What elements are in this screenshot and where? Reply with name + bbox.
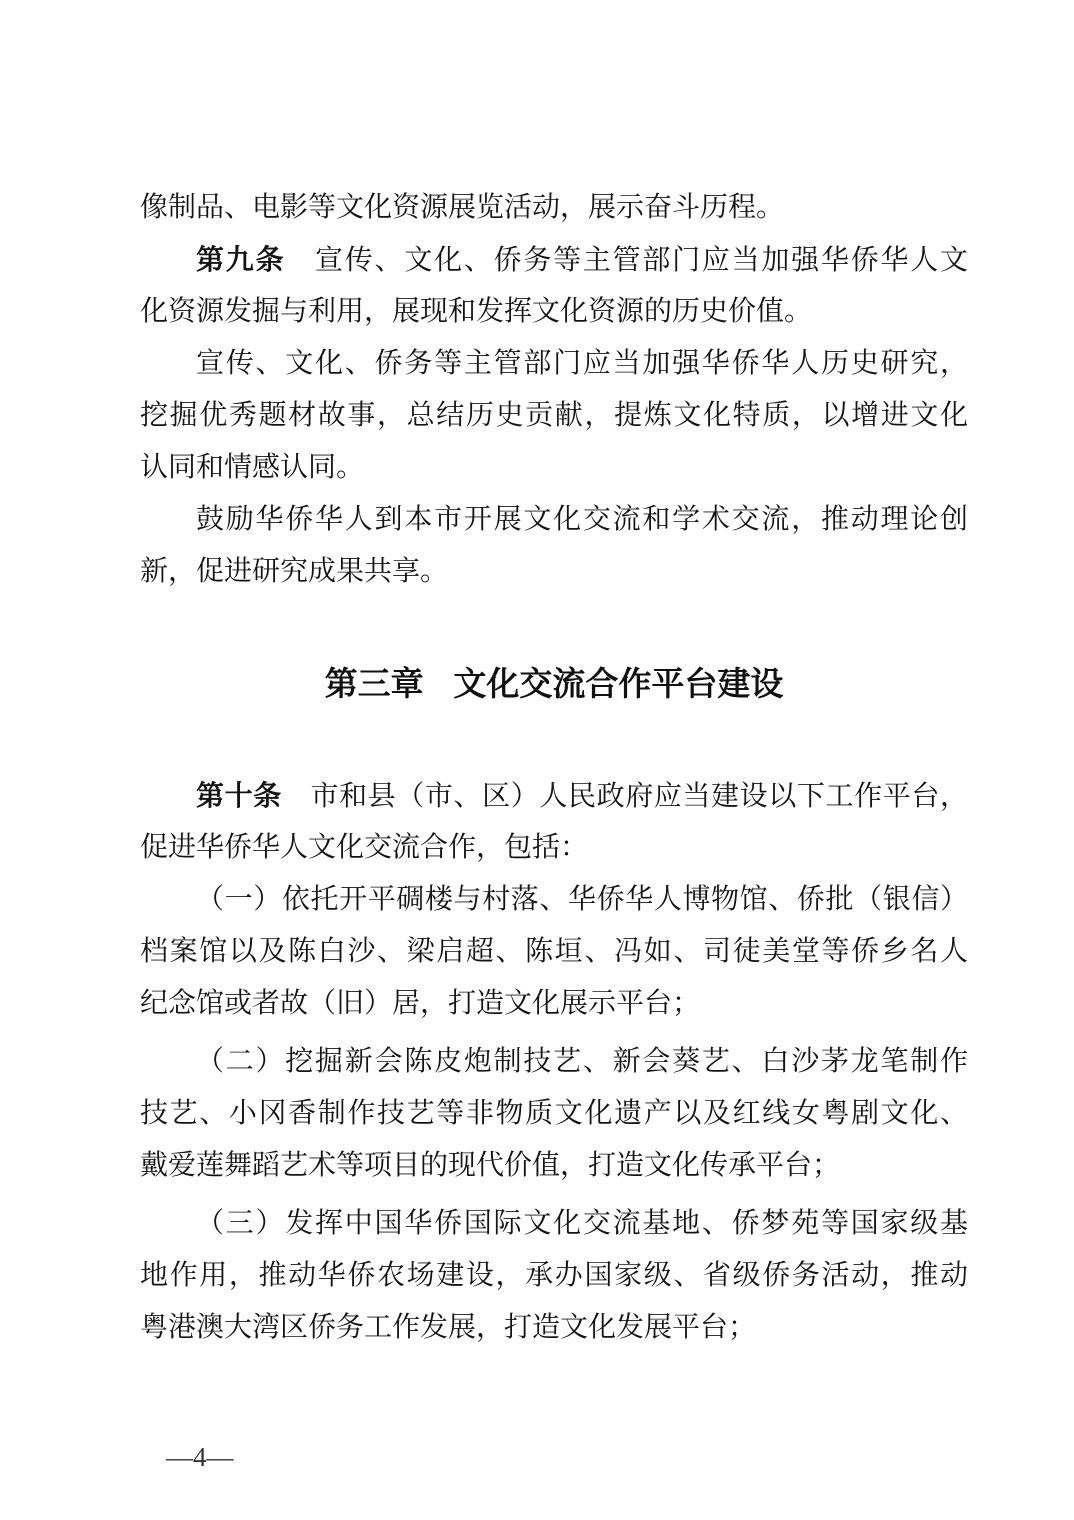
- body-line: 挖掘优秀题材故事，总结历史贡献，提炼文化特质，以增进文化: [140, 390, 968, 442]
- chapter-number: 第三章: [325, 665, 424, 702]
- body-line-text: 地作用，推动华侨农场建设，承办国家级、省级侨务活动，推动: [140, 1260, 968, 1291]
- body-line-text: 促进华侨华人文化交流合作，包括：: [140, 832, 588, 863]
- body-line-text: 档案馆以及陈白沙、梁启超、陈垣、冯如、司徒美堂等侨乡名人: [140, 936, 968, 967]
- list-item-2-line: （二）挖掘新会陈皮炮制技艺、新会葵艺、白沙茅龙笔制作: [140, 1036, 968, 1088]
- body-line-text: 戴爱莲舞蹈艺术等项目的现代价值，打造文化传承平台；: [140, 1150, 840, 1181]
- body-line-text: （三）发挥中国华侨国际文化交流基地、侨梦苑等国家级基: [196, 1208, 968, 1239]
- body-line-text: 市和县（市、区）人民政府应当建设以下工作平台，: [282, 781, 968, 812]
- body-line-text: 纪念馆或者故（旧）居，打造文化展示平台；: [140, 988, 700, 1019]
- body-line-text: 鼓励华侨华人到本市开展文化交流和学术交流，推动理论创: [196, 504, 968, 535]
- list-item-1-line: 档案馆以及陈白沙、梁启超、陈垣、冯如、司徒美堂等侨乡名人: [140, 926, 968, 978]
- list-item-1-line: 纪念馆或者故（旧）居，打造文化展示平台；: [140, 978, 968, 1030]
- body-line-text: 宣传、文化、侨务等主管部门应当加强华侨华人文: [285, 245, 968, 276]
- chapter-title: 文化交流合作平台建设: [453, 665, 783, 702]
- document-page: 像制品、电影等文化资源展览活动，展示奋斗历程。 第九条 宣传、文化、侨务等主管部…: [0, 0, 1074, 1520]
- list-item-3-line: 粤港澳大湾区侨务工作发展，打造文化发展平台；: [140, 1302, 968, 1354]
- body-line-text: （二）挖掘新会陈皮炮制技艺、新会葵艺、白沙茅龙笔制作: [196, 1046, 968, 1077]
- body-line-text: 挖掘优秀题材故事，总结历史贡献，提炼文化特质，以增进文化: [140, 400, 968, 431]
- body-line-text: 新，促进研究成果共享。: [140, 556, 448, 587]
- body-line: 宣传、文化、侨务等主管部门应当加强华侨华人历史研究，: [140, 338, 968, 390]
- body-line-text: （一）依托开平碉楼与村落、华侨华人博物馆、侨批（银信）: [196, 884, 968, 915]
- body-line-text: 认同和情感认同。: [140, 452, 364, 483]
- list-item-3-line: 地作用，推动华侨农场建设，承办国家级、省级侨务活动，推动: [140, 1250, 968, 1302]
- body-line: 像制品、电影等文化资源展览活动，展示奋斗历程。: [140, 182, 968, 234]
- list-item-1-line: （一）依托开平碉楼与村落、华侨华人博物馆、侨批（银信）: [140, 874, 968, 926]
- body-line-article-9: 第九条 宣传、文化、侨务等主管部门应当加强华侨华人文: [140, 234, 968, 286]
- body-line-article-10: 第十条 市和县（市、区）人民政府应当建设以下工作平台，: [140, 770, 968, 822]
- article-label: 第十条: [196, 780, 282, 811]
- body-line-text: 像制品、电影等文化资源展览活动，展示奋斗历程。: [140, 192, 784, 223]
- list-item-2-line: 戴爱莲舞蹈艺术等项目的现代价值，打造文化传承平台；: [140, 1140, 968, 1192]
- body-line-text: 宣传、文化、侨务等主管部门应当加强华侨华人历史研究，: [196, 348, 968, 379]
- body-line-text: 化资源发掘与利用，展现和发挥文化资源的历史价值。: [140, 296, 812, 327]
- list-item-2-line: 技艺、小冈香制作技艺等非物质文化遗产以及红线女粤剧文化、: [140, 1088, 968, 1140]
- document-body: 像制品、电影等文化资源展览活动，展示奋斗历程。 第九条 宣传、文化、侨务等主管部…: [140, 182, 968, 1354]
- body-line: 促进华侨华人文化交流合作，包括：: [140, 822, 968, 874]
- list-item-3-line: （三）发挥中国华侨国际文化交流基地、侨梦苑等国家级基: [140, 1198, 968, 1250]
- body-line: 认同和情感认同。: [140, 442, 968, 494]
- body-line: 新，促进研究成果共享。: [140, 546, 968, 598]
- page-number: —4—: [166, 1442, 234, 1472]
- body-line-text: 技艺、小冈香制作技艺等非物质文化遗产以及红线女粤剧文化、: [140, 1098, 968, 1129]
- chapter-heading: 第三章文化交流合作平台建设: [140, 658, 968, 710]
- body-line: 化资源发掘与利用，展现和发挥文化资源的历史价值。: [140, 286, 968, 338]
- body-line: 鼓励华侨华人到本市开展文化交流和学术交流，推动理论创: [140, 494, 968, 546]
- article-label: 第九条: [196, 244, 285, 275]
- body-line-text: 粤港澳大湾区侨务工作发展，打造文化发展平台；: [140, 1312, 756, 1343]
